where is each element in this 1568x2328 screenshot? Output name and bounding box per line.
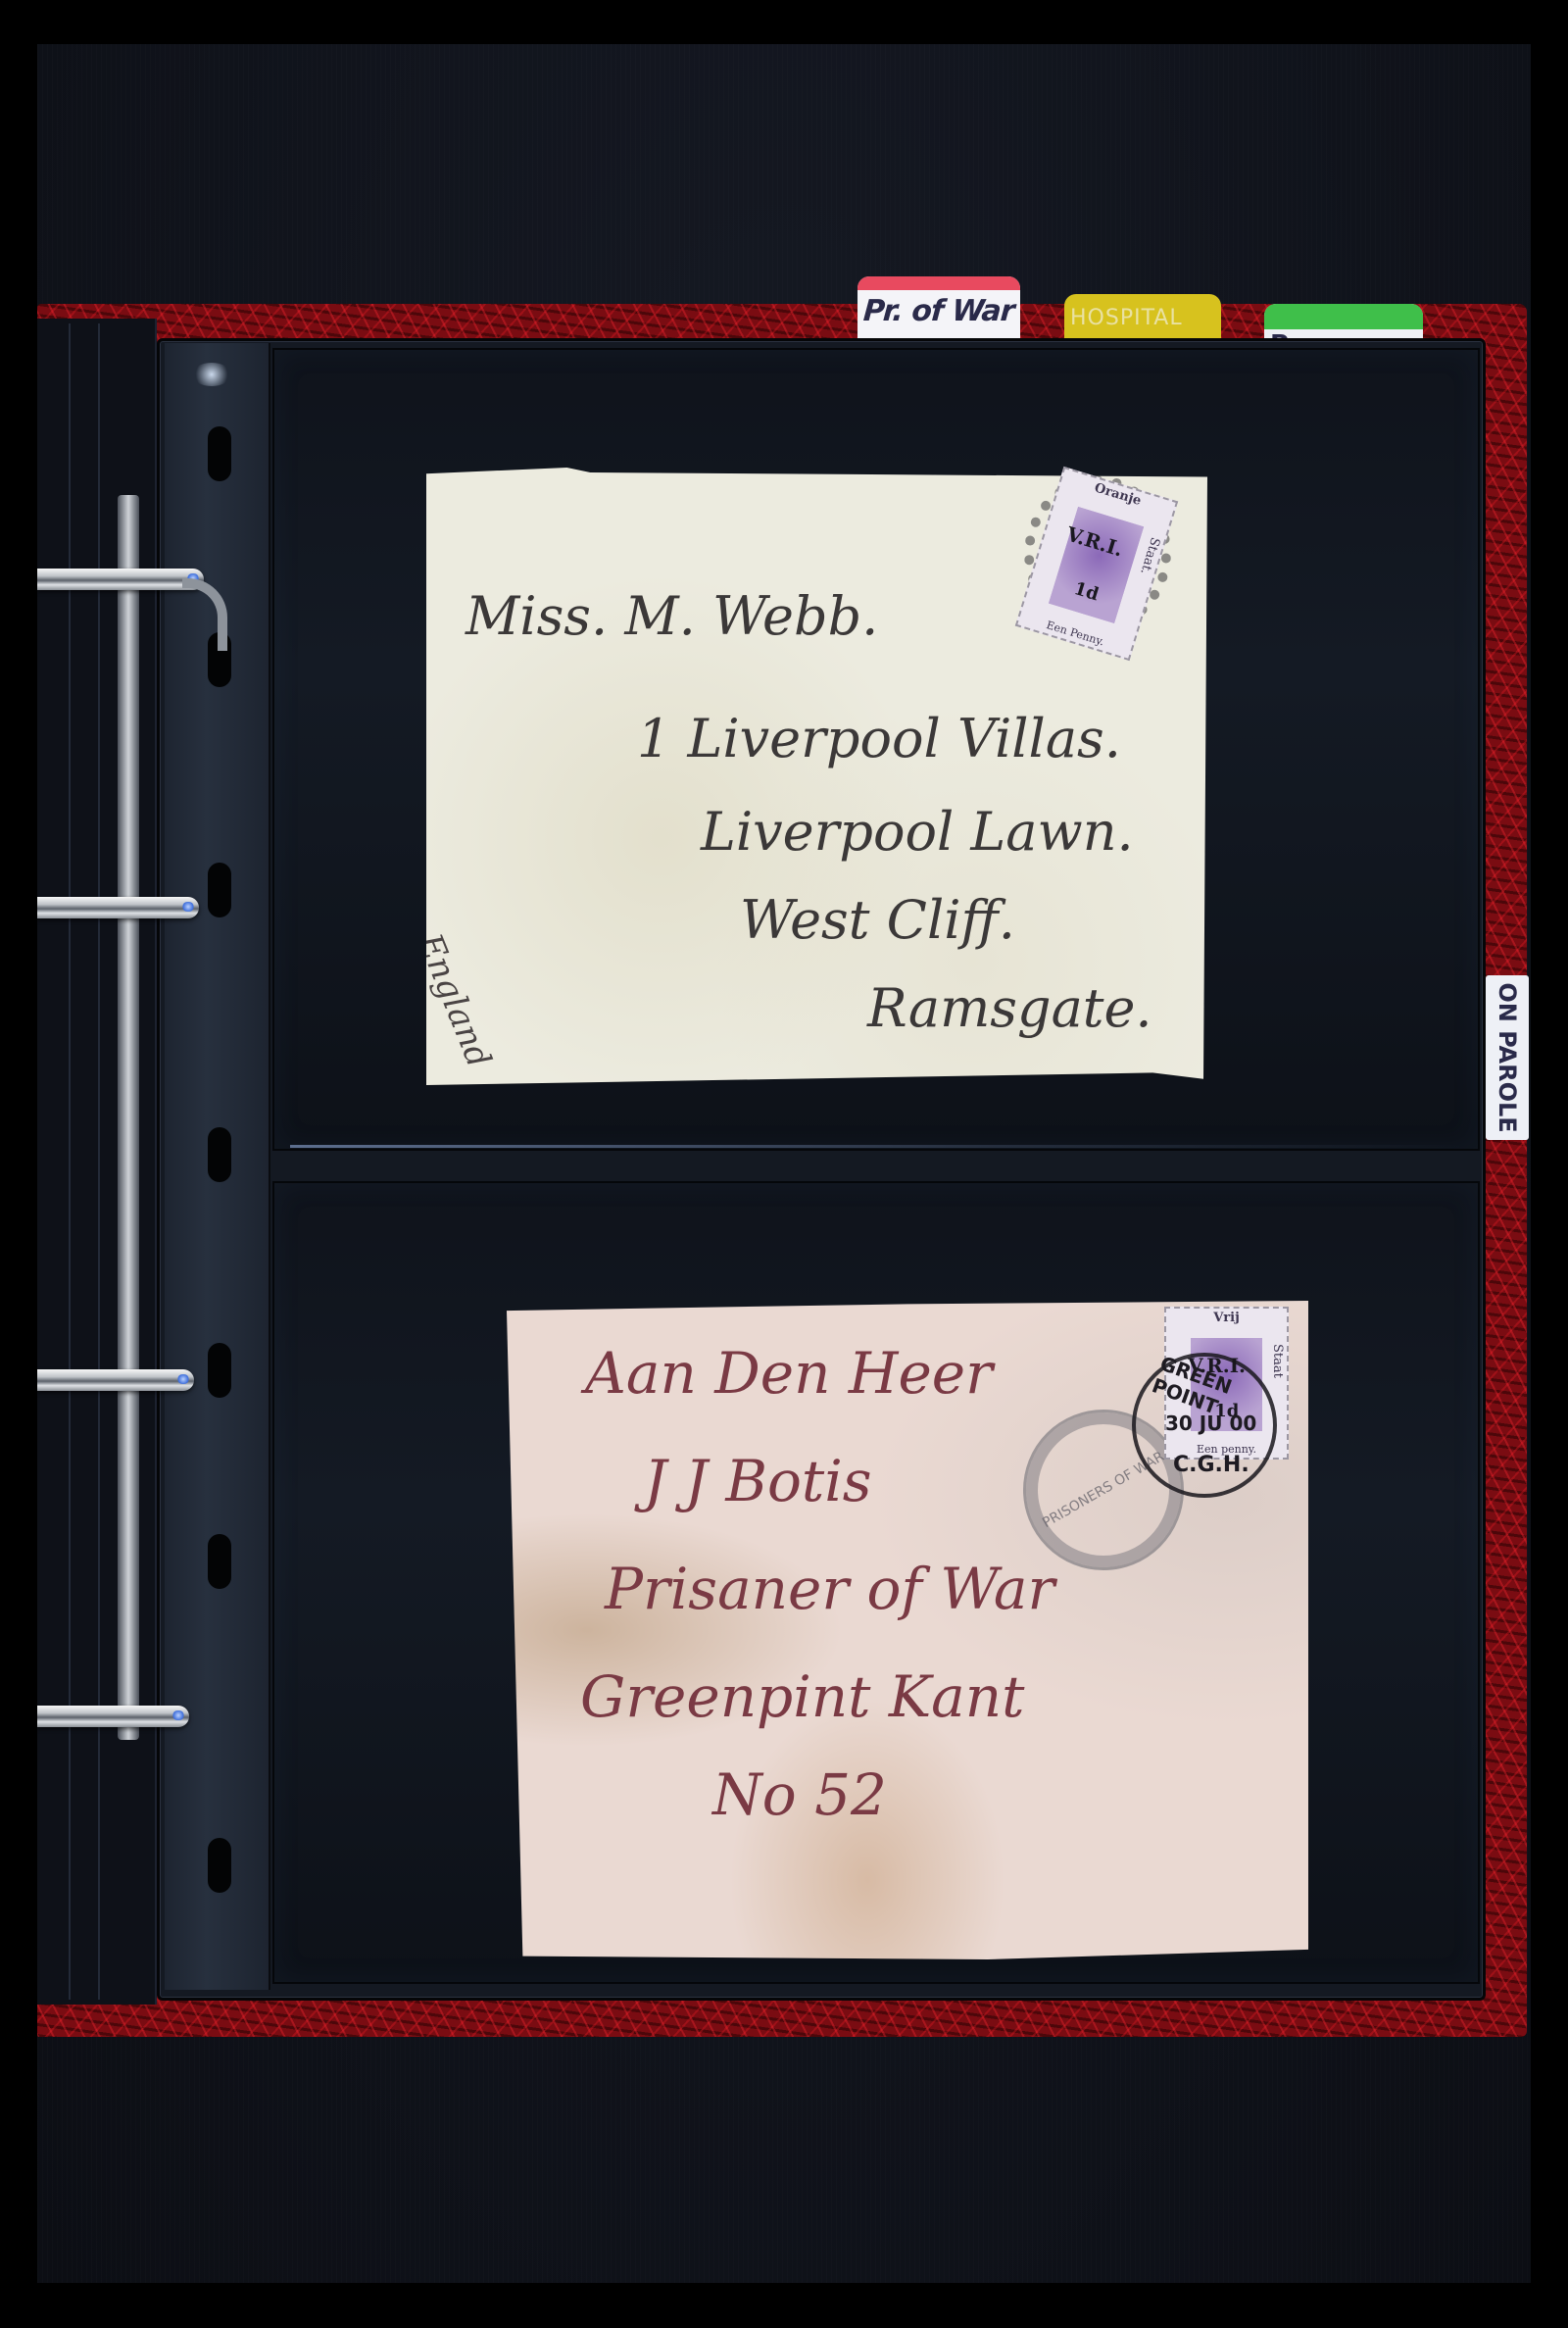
tab-label: HOSPITAL bbox=[1064, 294, 1221, 334]
light-glare bbox=[192, 363, 231, 386]
address-line: Greenpint Kant bbox=[580, 1663, 1024, 1730]
binder-ring bbox=[37, 1369, 194, 1391]
address-line: Aan Den Heer bbox=[585, 1340, 993, 1407]
green-point-postmark: GREEN POINT 30 JU 00 C.G.H. bbox=[1132, 1353, 1277, 1498]
address-line: J J Botis bbox=[644, 1448, 872, 1514]
punch-hole bbox=[208, 1838, 231, 1893]
tab-color-strip bbox=[857, 276, 1020, 290]
stamp-side-text: Staat bbox=[1270, 1344, 1285, 1378]
stamp-vignette bbox=[1049, 507, 1145, 623]
address-line: Prisaner of War bbox=[605, 1556, 1054, 1622]
binder-ring bbox=[37, 1706, 189, 1727]
side-tab-on-parole[interactable]: ON PAROLE bbox=[1486, 975, 1529, 1140]
tab-label: Pr. of War bbox=[857, 290, 1020, 332]
stamp-top-text: Vrij bbox=[1166, 1311, 1287, 1325]
tab-label: ON PAROLE bbox=[1494, 982, 1521, 1132]
pocket-divider bbox=[290, 1145, 1466, 1148]
address-line: Ramsgate. bbox=[867, 977, 1152, 1039]
address-line: Liverpool Lawn. bbox=[701, 801, 1134, 863]
punch-hole bbox=[208, 1534, 231, 1589]
address-line: West Cliff. bbox=[740, 889, 1015, 951]
address-line: 1 Liverpool Villas. bbox=[637, 708, 1121, 769]
ring-post bbox=[118, 495, 139, 1740]
binder-ring bbox=[37, 897, 199, 918]
postmark-date: 30 JU 00 bbox=[1165, 1412, 1256, 1435]
address-line: Miss. M. Webb. bbox=[465, 585, 878, 647]
punched-strip bbox=[165, 343, 270, 1990]
postmark-colony: C.G.H. bbox=[1173, 1453, 1249, 1477]
binder-ring bbox=[37, 569, 204, 590]
punch-hole bbox=[208, 863, 231, 917]
address-line: No 52 bbox=[712, 1761, 887, 1828]
tab-color-strip bbox=[1264, 304, 1423, 329]
punch-hole bbox=[208, 426, 231, 481]
punch-hole bbox=[208, 1127, 231, 1182]
punch-hole bbox=[208, 1343, 231, 1398]
index-tab-prisoners-of-war[interactable]: Pr. of War bbox=[857, 276, 1020, 347]
